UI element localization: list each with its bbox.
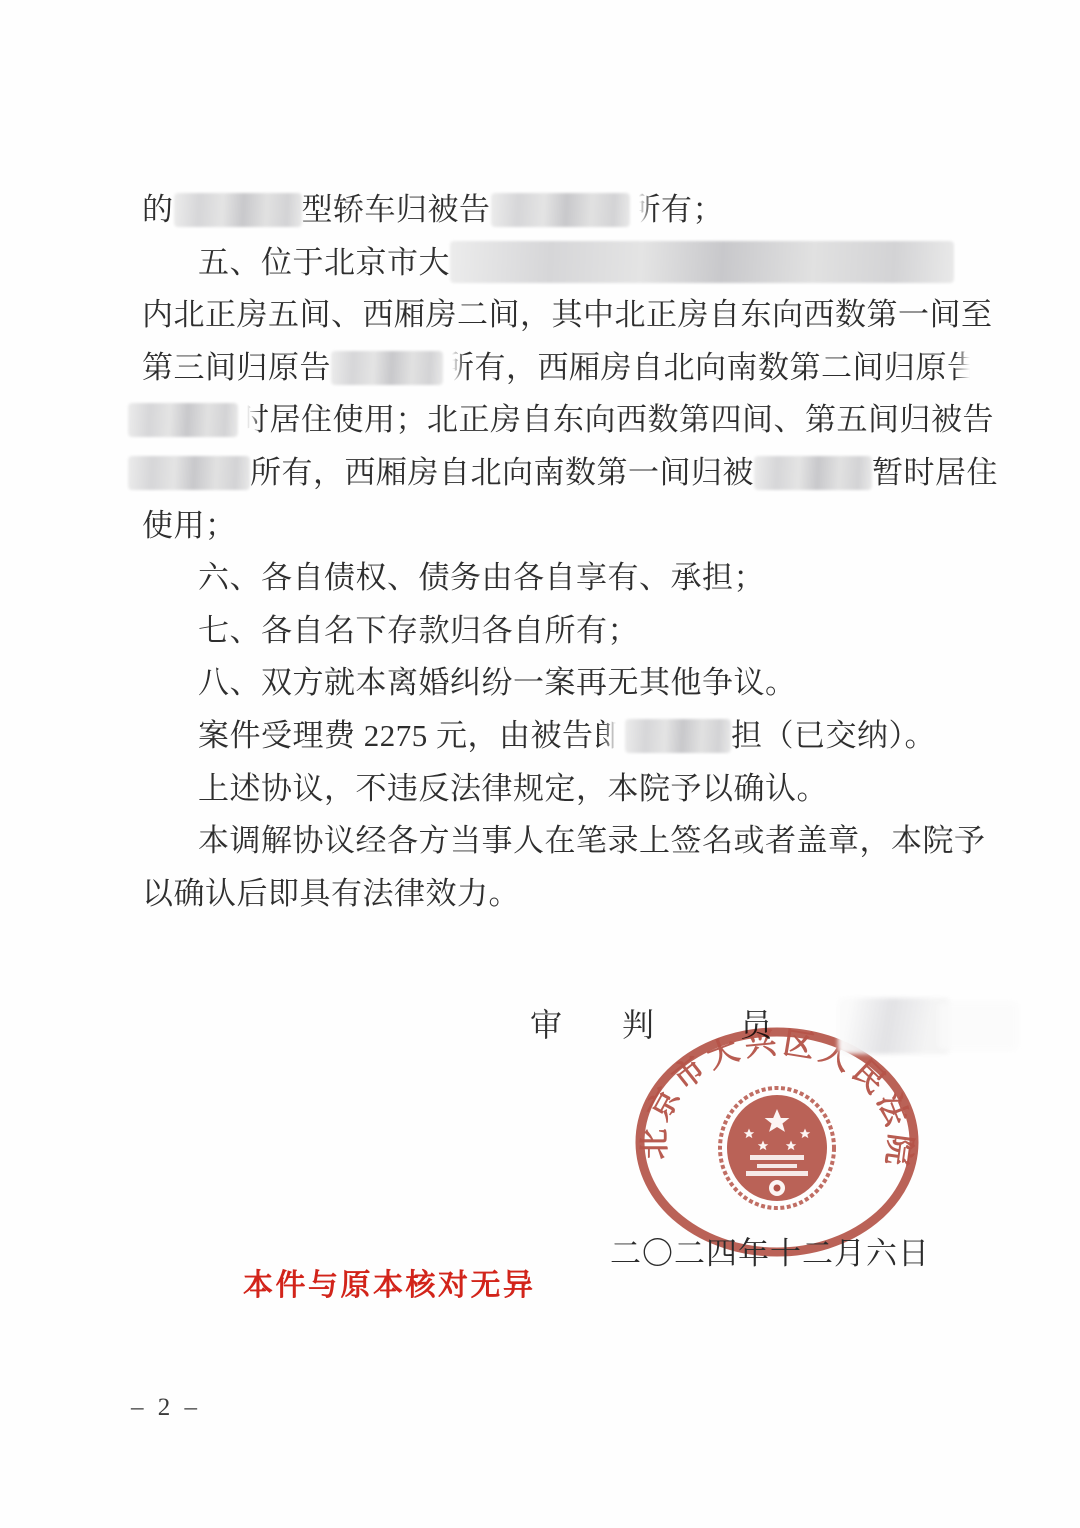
redaction-box: [491, 193, 630, 227]
national-emblem-icon: [720, 1088, 834, 1208]
document-line: 上述协议，不违反法律规定，本院予以确认。: [142, 763, 982, 816]
document-text: 暂时居住: [872, 455, 998, 490]
document-text: 以确认后即具有法律效力。: [142, 876, 520, 911]
document-text: 六、各自债权、债务由各自享有、承担；: [198, 560, 765, 595]
document-text: 五、位于北京市大: [198, 245, 450, 280]
document-line: 六、各自债权、债务由各自享有、承担；: [142, 552, 982, 605]
partially-redacted-char: 所: [443, 342, 475, 395]
document-line: 七、各自名下存款归各自所有；: [142, 605, 982, 658]
court-seal: 北京市大兴区人民法院: [630, 1022, 925, 1262]
verification-stamp: 本件与原本核对无异: [243, 1260, 536, 1304]
document-text: 型轿车归被告: [302, 192, 491, 227]
scanned-court-document-page: 的型轿车归被告所有；五、位于北京市大内北正房五间、西厢房二间，其中北正房自东向西…: [0, 0, 1080, 1528]
redaction-box: [625, 719, 731, 753]
document-text: 八、双方就本离婚纠纷一案再无其他争议。: [198, 665, 797, 700]
partially-redacted-char: 郎: [594, 710, 626, 763]
document-text: 内北正房五间、西厢房二间，其中北正房自东向西数第一间至: [142, 297, 993, 332]
redaction-box: [754, 456, 872, 490]
redaction-box: [331, 351, 443, 385]
document-line: 以确认后即具有法律效力。: [142, 868, 982, 921]
redaction-box: [450, 241, 954, 283]
page-number: – 2 –: [131, 1394, 201, 1422]
redaction-box: [174, 193, 302, 227]
document-line: 的型轿车归被告所有；: [142, 184, 982, 237]
judge-title-char: 审: [530, 1000, 562, 1046]
document-text: 有；: [661, 192, 724, 227]
document-line: 案件受理费 2275 元，由被告郎担（已交纳）。: [142, 710, 982, 763]
document-line: 五、位于北京市大: [142, 237, 982, 290]
document-line: 第三间归原告所有，西厢房自北向南数第二间归原告: [142, 342, 982, 395]
partially-redacted-char: 时: [238, 394, 270, 447]
document-text: 有，西厢房自北向南数第二间归原: [475, 350, 948, 385]
document-line: 使用；: [142, 500, 982, 553]
partially-redacted-char: 所: [630, 184, 662, 237]
document-text: 使用；: [142, 508, 237, 543]
document-body: 的型轿车归被告所有；五、位于北京市大内北正房五间、西厢房二间，其中北正房自东向西…: [142, 184, 982, 920]
judge-name-redaction: [838, 998, 950, 1054]
document-line: 内北正房五间、西厢房二间，其中北正房自东向西数第一间至: [142, 289, 982, 342]
document-text: 担（已交纳）。: [731, 718, 936, 753]
document-text: 七、各自名下存款归各自所有；: [198, 613, 639, 648]
document-line: 本调解协议经各方当事人在笔录上签名或者盖章，本院予: [142, 815, 982, 868]
document-text: 居住使用；北正房自东向西数第四间、第五间归被告: [270, 402, 995, 437]
partially-redacted-char: 告: [947, 342, 979, 395]
redaction-box: [128, 456, 250, 490]
date-line: 二〇二四年十二月六日: [610, 1228, 930, 1273]
document-line: 八、双方就本离婚纠纷一案再无其他争议。: [142, 657, 982, 710]
document-text: 案件受理费 2275 元，由被告: [198, 718, 594, 753]
redaction-box: [128, 403, 238, 437]
document-text: 的: [142, 192, 174, 227]
document-text: 第三间归原告: [142, 350, 331, 385]
document-text: 本调解协议经各方当事人在笔录上签名或者盖章，本院予: [198, 823, 986, 858]
document-text: 上述协议，不违反法律规定，本院予以确认。: [198, 771, 828, 806]
document-line: 时居住使用；北正房自东向西数第四间、第五间归被告: [142, 394, 982, 447]
document-line: 所有，西厢房自北向南数第一间归被暂时居住: [142, 447, 982, 500]
document-text: 所有，西厢房自北向南数第一间归被: [250, 455, 754, 490]
judge-name-redaction-faint: [938, 1002, 1018, 1050]
